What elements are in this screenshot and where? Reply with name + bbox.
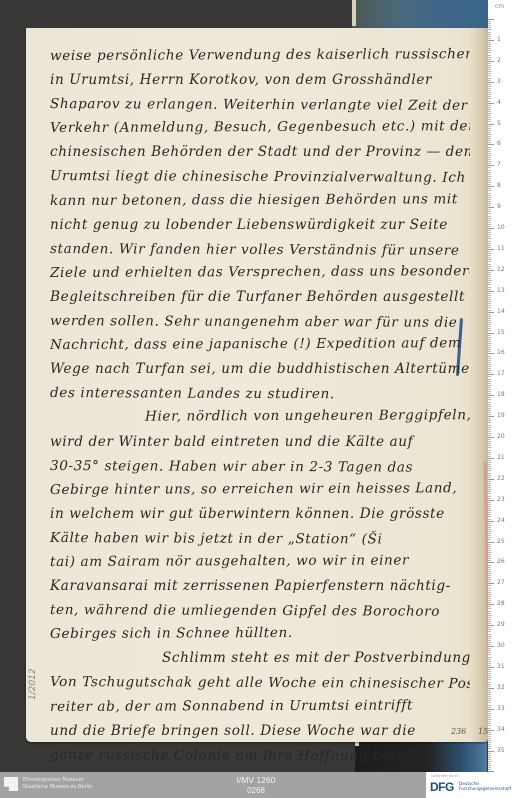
manuscript-line: Nachricht, dass eine japanische (!) Expe…: [50, 331, 470, 357]
ruler-tick: [488, 343, 492, 344]
ruler-tick: [488, 661, 491, 662]
ruler-tick: [488, 606, 491, 607]
ruler-tick: [488, 533, 491, 534]
ruler-tick: [488, 473, 491, 474]
ruler-tick: [488, 755, 491, 756]
ruler-tick: [488, 218, 492, 219]
ruler-tick: [488, 539, 491, 540]
ruler-tick: [488, 560, 491, 561]
ruler-tick: [488, 61, 494, 62]
ruler-tick: [488, 479, 494, 480]
ruler-tick: [488, 395, 494, 396]
manuscript-line: Ziele und erhielten das Versprechen, das…: [50, 259, 470, 285]
ruler-tick: [488, 585, 491, 586]
ruler-tick: [488, 740, 492, 741]
ruler-tick: [488, 297, 491, 298]
ruler-tick: [488, 725, 491, 726]
ruler-label: 2: [497, 57, 501, 64]
ruler-tick: [488, 88, 491, 89]
ruler-label: 6: [497, 140, 501, 147]
ruler-tick: [488, 638, 491, 639]
ruler-tick: [488, 659, 491, 660]
ruler-tick: [488, 608, 491, 609]
ruler-tick: [488, 142, 491, 143]
ruler-tick: [488, 759, 491, 760]
ruler-tick: [488, 307, 491, 308]
ruler-tick: [488, 224, 491, 225]
ruler-tick: [488, 84, 491, 85]
ruler-label: 29: [497, 621, 505, 628]
ruler-tick: [488, 197, 492, 198]
ruler-tick: [488, 565, 491, 566]
ruler-tick: [488, 748, 491, 749]
manuscript-line: in welchem wir gut überwintern können. D…: [50, 502, 470, 526]
ruler-tick: [488, 163, 491, 164]
ruler-label: 18: [497, 391, 505, 398]
ruler-tick: [488, 498, 491, 499]
ruler-tick: [488, 753, 491, 754]
ruler-tick: [488, 243, 491, 244]
manuscript-line: weise persönliche Verwendung des kaiserl…: [50, 42, 470, 68]
ruler-tick: [488, 222, 491, 223]
ruler-label: 31: [497, 663, 505, 670]
ruler-tick: [488, 629, 491, 630]
ruler-tick: [488, 368, 491, 369]
ruler-tick: [488, 161, 491, 162]
ruler-tick: [488, 312, 494, 313]
ruler-tick: [488, 381, 491, 382]
ruler-tick: [488, 389, 491, 390]
ruler-tick: [488, 581, 491, 582]
ruler-tick: [488, 261, 491, 262]
scan-viewport: weise persönliche Verwendung des kaiserl…: [0, 0, 512, 772]
ruler-tick: [488, 631, 491, 632]
ruler-tick: [488, 588, 491, 589]
ruler-tick: [488, 96, 491, 97]
ruler-tick: [488, 391, 491, 392]
ruler-tick: [488, 583, 494, 584]
ruler-tick: [488, 238, 492, 239]
ruler-tick: [488, 558, 491, 559]
ruler-tick: [488, 255, 491, 256]
ruler-tick: [488, 736, 491, 737]
ruler-tick: [488, 644, 491, 645]
ruler-tick: [488, 730, 494, 731]
ruler-tick: [488, 80, 491, 81]
ruler-tick: [488, 132, 491, 133]
ruler-tick: [488, 190, 491, 191]
ruler-tick: [488, 293, 491, 294]
ruler-tick: [488, 276, 491, 277]
ruler-tick: [488, 456, 491, 457]
ruler-tick: [488, 711, 491, 712]
book-spine-top: [352, 0, 492, 28]
ruler-tick: [488, 477, 491, 478]
ruler-tick: [488, 443, 491, 444]
ruler-tick: [488, 50, 492, 51]
ruler-tick: [488, 579, 491, 580]
ruler-tick: [488, 596, 491, 597]
ruler-tick: [488, 611, 491, 612]
ruler-tick: [488, 763, 491, 764]
ruler-tick: [488, 723, 491, 724]
ruler-tick: [488, 483, 491, 484]
ruler-tick: [488, 552, 492, 553]
ruler-tick: [488, 719, 492, 720]
ruler-tick: [488, 370, 491, 371]
ruler-tick: [488, 412, 491, 413]
ruler-label: 9: [497, 203, 501, 210]
ruler-tick: [488, 335, 491, 336]
ruler-tick: [488, 220, 491, 221]
ruler-tick: [488, 554, 491, 555]
ruler-tick: [488, 404, 491, 405]
dfg-mark: DFG: [430, 780, 454, 794]
ruler-tick: [488, 531, 492, 532]
footer-bar: Ethnologisches Museum Staatliche Museen …: [0, 772, 512, 798]
ruler-tick: [488, 698, 492, 699]
ruler-tick: [488, 303, 491, 304]
ruler-tick: [488, 519, 491, 520]
ruler-tick: [488, 604, 494, 605]
ruler-tick: [488, 140, 491, 141]
ruler-label: 16: [497, 349, 505, 356]
ruler-tick: [488, 299, 491, 300]
ruler-tick: [488, 69, 491, 70]
ruler-tick: [488, 347, 491, 348]
ruler-tick: [488, 94, 491, 95]
ruler-tick: [488, 504, 491, 505]
ruler-tick: [488, 65, 491, 66]
ruler-label: 26: [497, 558, 505, 565]
ruler-tick: [488, 709, 494, 710]
ruler-tick: [488, 734, 491, 735]
ruler-tick: [488, 251, 491, 252]
ruler-tick: [488, 491, 491, 492]
ruler-tick: [488, 537, 491, 538]
ruler-tick: [488, 278, 491, 279]
ruler-tick: [488, 600, 491, 601]
page-edge: [352, 0, 356, 26]
ruler-tick: [488, 268, 491, 269]
ruler-tick: [488, 32, 491, 33]
ruler-tick: [488, 111, 491, 112]
ruler-tick: [488, 353, 494, 354]
ruler-tick: [488, 679, 491, 680]
ruler-label: 32: [497, 684, 505, 691]
ruler-tick: [488, 316, 491, 317]
ruler-tick: [488, 103, 494, 104]
ruler-tick: [488, 159, 491, 160]
ruler-tick: [488, 90, 491, 91]
ruler-label: 10: [497, 224, 505, 231]
ruler-tick: [488, 667, 494, 668]
ruler-tick: [488, 257, 491, 258]
page-fold-shadow: [470, 28, 488, 742]
ruler-tick: [488, 264, 491, 265]
ruler-tick: [488, 383, 491, 384]
ruler-label: 23: [497, 496, 505, 503]
ruler-tick: [488, 462, 491, 463]
ruler-tick: [488, 280, 492, 281]
ruler-tick: [488, 650, 491, 651]
manuscript-line: tai) am Sairam nör ausgehalten, wo wir i…: [50, 548, 470, 574]
ruler-tick: [488, 326, 491, 327]
ruler-tick: [488, 310, 491, 311]
archive-stamp: 1/2012: [28, 668, 38, 700]
ruler-tick: [488, 374, 494, 375]
ruler-tick: [488, 671, 491, 672]
ruler-tick: [488, 429, 491, 430]
ruler-tick: [488, 418, 491, 419]
ruler-tick: [488, 314, 491, 315]
ruler-tick: [488, 422, 491, 423]
ruler-tick: [488, 284, 491, 285]
manuscript-line: in Urumtsi, Herrn Korotkov, von dem Gros…: [50, 68, 470, 92]
ruler-tick: [488, 445, 491, 446]
ruler-tick: [488, 427, 492, 428]
ruler-tick: [488, 500, 494, 501]
ruler-tick: [488, 425, 491, 426]
ruler-tick: [488, 675, 491, 676]
ruler-tick: [488, 732, 491, 733]
ruler-tick: [488, 199, 491, 200]
ruler-tick: [488, 527, 491, 528]
ruler-tick: [488, 330, 491, 331]
ruler-label: 1: [497, 36, 501, 43]
ruler-tick: [488, 86, 491, 87]
ruler-tick: [488, 337, 491, 338]
ruler-tick: [488, 542, 494, 543]
ruler-tick: [488, 535, 491, 536]
ruler-tick: [488, 207, 494, 208]
ruler-tick: [488, 550, 491, 551]
ruler-tick: [488, 67, 491, 68]
ruler-tick: [488, 201, 491, 202]
ruler-tick: [488, 594, 492, 595]
ruler-tick: [488, 625, 494, 626]
ruler-tick: [488, 193, 491, 194]
ruler-tick: [488, 562, 494, 563]
ruler-label: 13: [497, 287, 505, 294]
ruler-tick: [488, 136, 491, 137]
manuscript-line: Hier, nördlich von ungeheuren Berggipfel…: [50, 404, 470, 430]
ruler-tick: [488, 119, 491, 120]
manuscript-line: Karavansarai mit zerrissenen Papierfenst…: [50, 574, 470, 598]
ruler-tick: [488, 592, 491, 593]
ruler-tick: [488, 458, 494, 459]
ruler-tick: [488, 270, 494, 271]
ruler-tick: [488, 138, 491, 139]
dfg-name-line2: Forschungsgemeinschaft: [459, 786, 511, 791]
measurement-ruler: cm 1234567891011121314151617181920212223…: [488, 0, 512, 772]
ruler-tick: [488, 402, 491, 403]
ruler-tick: [488, 634, 491, 635]
ruler-tick: [488, 170, 491, 171]
ruler-tick: [488, 42, 491, 43]
ruler-tick: [488, 640, 491, 641]
ruler-tick: [488, 765, 491, 766]
ruler-tick: [488, 738, 491, 739]
ruler-tick: [488, 406, 492, 407]
ruler-label: 21: [497, 454, 505, 461]
ruler-tick: [488, 234, 491, 235]
ruler-tick: [488, 648, 491, 649]
ruler-label: 15: [497, 329, 505, 336]
ruler-tick: [488, 677, 492, 678]
ruler-tick: [488, 485, 491, 486]
ruler-tick: [488, 617, 491, 618]
ruler-tick: [488, 107, 491, 108]
ruler-tick: [488, 468, 492, 469]
ruler-tick: [488, 433, 491, 434]
ruler-tick: [488, 692, 491, 693]
ruler-tick: [488, 439, 491, 440]
ruler-tick: [488, 82, 494, 83]
ruler-tick: [488, 717, 491, 718]
ruler-tick: [488, 450, 491, 451]
ruler-label: 12: [497, 266, 505, 273]
ruler-tick: [488, 48, 491, 49]
ruler-tick: [488, 663, 491, 664]
ruler-tick: [488, 182, 491, 183]
ruler-unit-label: cm: [495, 3, 504, 10]
ruler-tick: [488, 702, 491, 703]
ruler-tick: [488, 721, 491, 722]
ruler-tick: [488, 379, 491, 380]
ruler-tick: [488, 502, 491, 503]
ruler-tick: [488, 153, 491, 154]
ruler-tick: [488, 73, 491, 74]
ruler-tick: [488, 245, 491, 246]
ruler-tick: [488, 431, 491, 432]
ruler-tick: [488, 646, 494, 647]
ruler-tick: [488, 657, 492, 658]
ruler-tick: [488, 165, 494, 166]
ruler-tick: [488, 437, 494, 438]
ruler-tick: [488, 291, 494, 292]
ruler-tick: [488, 174, 491, 175]
ruler-tick: [488, 305, 491, 306]
ruler-tick: [488, 186, 494, 187]
ruler-label: 22: [497, 475, 505, 482]
ruler-tick: [488, 44, 491, 45]
ruler-tick: [488, 78, 491, 79]
ruler-tick: [488, 575, 491, 576]
ruler-tick: [488, 751, 494, 752]
ruler-tick: [488, 241, 491, 242]
ruler-tick: [488, 109, 491, 110]
ruler-tick: [488, 178, 491, 179]
ruler-label: 20: [497, 433, 505, 440]
ruler-tick: [488, 126, 491, 127]
ruler-tick: [488, 372, 491, 373]
ruler-tick: [488, 615, 492, 616]
manuscript-line: nicht genug zu lobender Liebenswürdigkei…: [50, 213, 470, 237]
ruler-tick: [488, 705, 491, 706]
ruler-tick: [488, 322, 492, 323]
ruler-tick: [488, 147, 491, 148]
ruler-tick: [488, 328, 491, 329]
ruler-tick: [488, 289, 491, 290]
ruler-tick: [488, 694, 491, 695]
funded-by-label: Gefördert durch: [431, 774, 459, 778]
ruler-tick: [488, 613, 491, 614]
ruler-tick: [488, 757, 491, 758]
ruler-tick: [488, 744, 491, 745]
ruler-tick: [488, 209, 491, 210]
ruler-label: 3: [497, 78, 501, 85]
ruler-tick: [488, 470, 491, 471]
ruler-tick: [488, 521, 494, 522]
ruler-tick: [488, 602, 491, 603]
ruler-tick: [488, 688, 494, 689]
ruler-tick: [488, 387, 491, 388]
ruler-tick: [488, 621, 491, 622]
ruler-tick: [488, 682, 491, 683]
dfg-logo: Gefördert durch DFG Deutsche Forschungsg…: [426, 772, 512, 798]
ruler-tick: [488, 360, 491, 361]
ruler-tick: [488, 105, 491, 106]
ruler-tick: [488, 454, 491, 455]
ruler-label: 14: [497, 308, 505, 315]
manuscript-line: chinesischen Behörden der Stadt und der …: [50, 140, 470, 164]
ruler-tick: [488, 144, 494, 145]
ruler-tick: [488, 713, 491, 714]
ruler-tick: [488, 464, 491, 465]
ruler-tick: [488, 642, 491, 643]
ruler-tick: [488, 272, 491, 273]
ruler-tick: [488, 556, 491, 557]
ruler-tick: [488, 23, 491, 24]
ruler-tick: [488, 356, 491, 357]
ruler-tick: [488, 149, 491, 150]
ruler-tick: [488, 117, 491, 118]
ruler-label: 11: [497, 245, 505, 252]
ruler-tick: [488, 349, 491, 350]
ruler-tick: [488, 416, 494, 417]
ruler-label: 4: [497, 99, 501, 106]
ruler-tick: [488, 489, 492, 490]
ruler-tick: [488, 216, 491, 217]
manuscript-line: Begleitschreiben für die Turfaner Behörd…: [50, 285, 470, 309]
ruler-tick: [488, 282, 491, 283]
manuscript-line: Gebirge hinter uns, so erreichen wir ein…: [50, 476, 470, 502]
ruler-tick: [488, 567, 491, 568]
ruler-tick: [488, 700, 491, 701]
ruler-tick: [488, 134, 492, 135]
ruler-tick: [488, 393, 491, 394]
ruler-tick: [488, 546, 491, 547]
manuscript-line: Verkehr (Anmeldung, Besuch, Gegenbesuch …: [50, 114, 470, 140]
ruler-tick: [488, 598, 491, 599]
ruler-tick: [488, 493, 491, 494]
ruler-tick: [488, 38, 491, 39]
ruler-tick: [488, 167, 491, 168]
ruler-tick: [488, 548, 491, 549]
ruler-tick: [488, 669, 491, 670]
ruler-tick: [488, 128, 491, 129]
ruler-tick: [488, 195, 491, 196]
ruler-tick: [488, 366, 491, 367]
ruler-tick: [488, 577, 491, 578]
ruler-label: 30: [497, 642, 505, 649]
ruler-tick: [488, 301, 492, 302]
ruler-label: 25: [497, 538, 505, 545]
ruler-tick: [488, 707, 491, 708]
ruler-tick: [488, 358, 491, 359]
ruler-tick: [488, 627, 491, 628]
